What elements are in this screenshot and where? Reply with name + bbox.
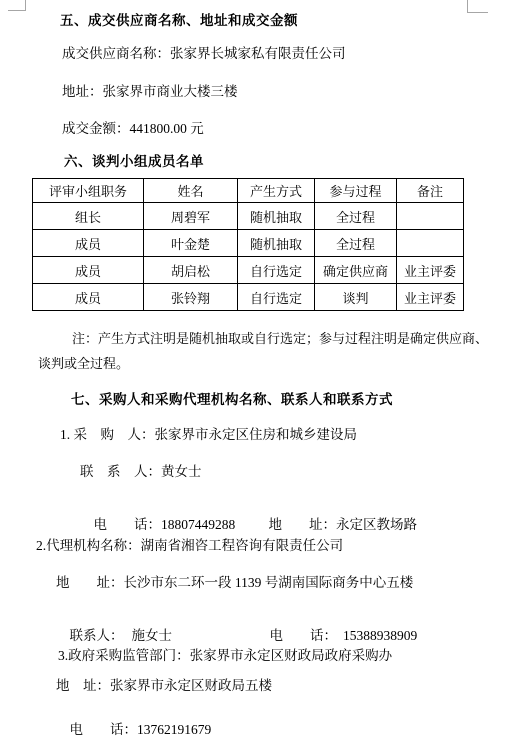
agency-name-line: 2.代理机构名称：湖南省湘咨工程咨询有限责任公司 <box>36 538 343 554</box>
cell-name: 胡启松 <box>144 257 238 284</box>
section7-heading: 七、采购人和采购代理机构名称、联系人和联系方式 <box>71 388 393 408</box>
margin-mark-top-right-icon <box>467 0 488 13</box>
document-page: 五、成交供应商名称、地址和成交金额 成交供应商名称：张家界长城家私有限责任公司 … <box>0 0 518 748</box>
purchaser-address-value: 永定区教场路 <box>336 517 417 532</box>
section5-heading: 五、成交供应商名称、地址和成交金额 <box>60 9 298 29</box>
deal-amount-line: 成交金额：441800.00 元 <box>62 121 204 137</box>
agency-contact-label: 联系人： <box>70 628 124 643</box>
cell-selection-method: 随机抽取 <box>238 203 315 230</box>
agency-contact-value: 施女士 <box>132 628 173 643</box>
purchaser-name-line: 1. 采 购 人：张家界市永定区住房和城乡建设局 <box>60 427 357 443</box>
cell-role: 成员 <box>33 284 144 311</box>
cell-selection-method: 自行选定 <box>238 284 315 311</box>
cell-role: 组长 <box>33 203 144 230</box>
negotiation-team-table: 评审小组职务 姓名 产生方式 参与过程 备注 组长 周碧军 随机抽取 全过程 成… <box>32 178 464 311</box>
col-header-remark: 备注 <box>397 179 464 203</box>
purchaser-phone-value: 18807449288 <box>161 517 235 532</box>
cell-role: 成员 <box>33 230 144 257</box>
regulator-name-line: 3.政府采购监管部门：张家界市永定区财政局政府采购办 <box>58 648 392 664</box>
table-note: 注：产生方式注明是随机抽取或自行选定；参与过程注明是确定供应商、谈判或全过程。 <box>38 326 490 376</box>
col-header-selection-method: 产生方式 <box>238 179 315 203</box>
cell-selection-method: 自行选定 <box>238 257 315 284</box>
cell-participation: 确定供应商 <box>315 257 397 284</box>
supplier-name-line: 成交供应商名称：张家界长城家私有限责任公司 <box>62 46 346 62</box>
table-header-row: 评审小组职务 姓名 产生方式 参与过程 备注 <box>33 179 464 203</box>
regulator-address-line: 地 址：张家界市永定区财政局五楼 <box>56 678 272 694</box>
table-row: 成员 张铃翔 自行选定 谈判 业主评委 <box>33 284 464 311</box>
col-header-role: 评审小组职务 <box>33 179 144 203</box>
section6-heading: 六、谈判小组成员名单 <box>64 150 204 170</box>
cell-participation: 全过程 <box>315 203 397 230</box>
regulator-phone-value: 13762191679 <box>137 722 211 737</box>
cell-remark: 业主评委 <box>397 257 464 284</box>
cell-name: 叶金楚 <box>144 230 238 257</box>
regulator-phone-label: 电 话： <box>70 722 138 737</box>
agency-phone-value: 15388938909 <box>343 628 417 643</box>
table-row: 成员 叶金楚 随机抽取 全过程 <box>33 230 464 257</box>
cell-participation: 全过程 <box>315 230 397 257</box>
supplier-address-line: 地址：张家界市商业大楼三楼 <box>62 84 238 100</box>
col-header-name: 姓名 <box>144 179 238 203</box>
cell-remark <box>397 230 464 257</box>
cell-remark <box>397 203 464 230</box>
table-row: 组长 周碧军 随机抽取 全过程 <box>33 203 464 230</box>
col-header-participation: 参与过程 <box>315 179 397 203</box>
purchaser-phone-label: 电 话： <box>94 517 162 532</box>
purchaser-address-label: 地 址： <box>269 517 337 532</box>
cell-role: 成员 <box>33 257 144 284</box>
agency-address-line: 地 址：长沙市东二环一段 1139 号湖南国际商务中心五楼 <box>56 575 413 591</box>
agency-phone-label: 电 话： <box>270 628 338 643</box>
table-row: 成员 胡启松 自行选定 确定供应商 业主评委 <box>33 257 464 284</box>
cell-name: 张铃翔 <box>144 284 238 311</box>
cell-remark: 业主评委 <box>397 284 464 311</box>
cell-participation: 谈判 <box>315 284 397 311</box>
cell-selection-method: 随机抽取 <box>238 230 315 257</box>
regulator-phone-line: 电 话：13762191679 <box>56 706 211 748</box>
cell-name: 周碧军 <box>144 203 238 230</box>
margin-mark-top-left-icon <box>8 0 26 11</box>
purchaser-contact-line: 联 系 人：黄女士 <box>80 464 202 480</box>
